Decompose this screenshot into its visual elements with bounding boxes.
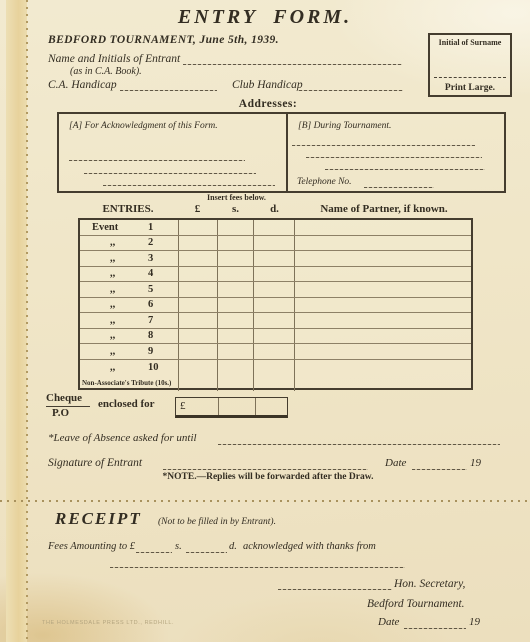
tribute-label: Non-Associate's Tribute (10s.) xyxy=(80,375,179,391)
table-row: ,,3 xyxy=(80,251,471,267)
tear-perforation-line xyxy=(0,500,530,502)
event-row-label: Event xyxy=(80,222,118,233)
fee-cell xyxy=(254,236,295,251)
table-row: ,,4 xyxy=(80,267,471,283)
event-row-number: 1 xyxy=(148,222,153,233)
partner-cell xyxy=(295,329,471,344)
partner-cell xyxy=(295,251,471,266)
address-a-label: [A] For Acknowledgment of this Form. xyxy=(69,121,218,131)
event-row-label: ,, xyxy=(80,268,115,279)
cheque-label: Cheque xyxy=(46,392,82,404)
partner-cell xyxy=(295,344,471,359)
address-a-line-3 xyxy=(103,185,275,186)
fee-cell xyxy=(218,251,255,266)
event-row-label: ,, xyxy=(80,253,115,264)
telephone-line xyxy=(364,187,434,188)
fee-cell xyxy=(254,267,295,282)
initial-box-title: Initial of Surname xyxy=(430,38,510,47)
table-row: ,,2 xyxy=(80,236,471,252)
insert-fees-note: Insert fees below. xyxy=(178,193,295,202)
event-row-number: 6 xyxy=(148,299,153,310)
fee-cell xyxy=(254,298,295,313)
receipt-date-label: Date xyxy=(378,616,399,628)
tournament-line: BEDFORD TOURNAMENT, June 5th, 1939. xyxy=(48,34,279,46)
tribute-pence-cell xyxy=(254,375,295,391)
receipt-title: RECEIPT xyxy=(55,509,142,529)
club-handicap-line xyxy=(299,90,403,91)
form-date-label: Date xyxy=(385,457,406,469)
receipt-year-prefix: 19 xyxy=(469,616,480,628)
partner-cell xyxy=(295,236,471,251)
table-row: ,,10 xyxy=(80,360,471,376)
leave-of-absence-label: *Leave of Absence asked for until xyxy=(48,432,197,444)
fee-cell xyxy=(254,282,295,297)
event-row-number: 3 xyxy=(148,253,153,264)
secretary-signature-line xyxy=(278,589,392,590)
fee-cell xyxy=(218,220,255,235)
event-row-label: ,, xyxy=(80,299,115,310)
note-line: *NOTE.—Replies will be forwarded after t… xyxy=(30,472,506,482)
event-row-number: 5 xyxy=(148,284,153,295)
fee-cell xyxy=(179,329,218,344)
telephone-label: Telephone No. xyxy=(297,177,352,187)
tribute-shillings-cell xyxy=(218,375,255,391)
ca-handicap-line xyxy=(120,90,217,91)
table-row: ,,7 xyxy=(80,313,471,329)
partner-cell xyxy=(295,267,471,282)
tribute-row: Non-Associate's Tribute (10s.) xyxy=(80,375,471,391)
receipt-date-line xyxy=(404,628,466,629)
entries-heading: ENTRIES. xyxy=(78,203,178,215)
partner-cell xyxy=(295,360,471,376)
fee-cell xyxy=(218,360,255,376)
fee-column-shillings: s. xyxy=(217,203,254,215)
addresses-box: [A] For Acknowledgment of this Form. [B]… xyxy=(57,112,506,193)
table-row: ,,6 xyxy=(80,298,471,314)
addresses-box-divider xyxy=(286,114,288,191)
fee-cell xyxy=(179,344,218,359)
address-b-line-1 xyxy=(292,145,475,146)
fee-cell xyxy=(179,236,218,251)
fee-column-pounds: £ xyxy=(178,203,217,215)
fees-shillings-line xyxy=(186,552,227,553)
partner-cell xyxy=(295,220,471,235)
acknowledged-from-line xyxy=(110,567,405,568)
signature-line xyxy=(163,469,368,470)
entry-form-page: ENTRY FORM. BEDFORD TOURNAMENT, June 5th… xyxy=(0,0,530,642)
event-row-label: ,, xyxy=(80,284,115,295)
event-row-label: ,, xyxy=(80,237,115,248)
cheque-currency-symbol: £ xyxy=(180,400,186,412)
partner-cell xyxy=(295,313,471,328)
fee-cell xyxy=(218,329,255,344)
initial-box-instruction: Print Large. xyxy=(430,83,510,93)
event-row-number: 9 xyxy=(148,346,153,357)
leave-of-absence-line xyxy=(218,444,500,445)
form-date-line xyxy=(412,469,467,470)
po-label: P.O xyxy=(52,407,69,419)
fee-cell xyxy=(254,251,295,266)
fee-cell xyxy=(218,236,255,251)
fee-cell xyxy=(218,298,255,313)
fee-cell xyxy=(179,267,218,282)
partner-heading: Name of Partner, if known. xyxy=(295,203,473,215)
fee-cell xyxy=(254,329,295,344)
address-b-label: [B] During Tournament. xyxy=(298,121,391,131)
event-row-label: ,, xyxy=(80,362,115,373)
fee-cell xyxy=(254,360,295,376)
address-b-line-2 xyxy=(306,157,482,158)
form-year-prefix: 19 xyxy=(470,457,481,469)
bedford-tournament-label: Bedford Tournament. xyxy=(367,598,465,610)
ca-handicap-label: C.A. Handicap xyxy=(48,79,117,91)
initial-box-divider xyxy=(434,77,506,78)
address-a-line-1 xyxy=(69,160,245,161)
fees-shillings-label: s. xyxy=(175,541,182,552)
event-row-number: 10 xyxy=(148,362,159,373)
fees-pence-label: d. xyxy=(229,541,237,552)
fee-cell xyxy=(218,282,255,297)
address-b-line-3 xyxy=(325,169,485,170)
fee-cell xyxy=(218,267,255,282)
event-row-label: ,, xyxy=(80,330,115,341)
addresses-heading: Addresses: xyxy=(30,98,506,110)
address-a-line-2 xyxy=(84,173,256,174)
cheque-box-divider-1 xyxy=(218,398,219,415)
hon-secretary-label: Hon. Secretary, xyxy=(394,578,465,590)
tribute-partner-cell xyxy=(295,375,471,391)
event-row-number: 2 xyxy=(148,237,153,248)
fees-pounds-line xyxy=(136,552,172,553)
fee-cell xyxy=(179,251,218,266)
fee-cell xyxy=(218,313,255,328)
event-row-label: ,, xyxy=(80,315,115,326)
fee-cell xyxy=(179,220,218,235)
event-row-number: 8 xyxy=(148,330,153,341)
event-row-number: 4 xyxy=(148,268,153,279)
table-row: Event1 xyxy=(80,220,471,236)
printer-imprint: THE HOLMESDALE PRESS LTD., REDHILL. xyxy=(42,620,174,626)
receipt-subtitle: (Not to be filled in by Entrant). xyxy=(158,517,276,527)
fees-suffix-label: acknowledged with thanks from xyxy=(243,541,376,552)
event-row-number: 7 xyxy=(148,315,153,326)
table-row: ,,9 xyxy=(80,344,471,360)
event-row-label: ,, xyxy=(80,346,115,357)
left-perforation-line xyxy=(26,0,28,642)
fee-cell xyxy=(179,313,218,328)
cheque-amount-box: £ xyxy=(175,397,288,418)
fee-column-pence: d. xyxy=(254,203,295,215)
fee-cell xyxy=(179,298,218,313)
fee-cell xyxy=(179,282,218,297)
card-left-edge xyxy=(6,0,27,642)
fees-amounting-label: Fees Amounting to £ xyxy=(48,541,135,552)
fee-cell xyxy=(254,220,295,235)
entries-rows: Event1,,2,,3,,4,,5,,6,,7,,8,,9,,10 xyxy=(80,220,471,375)
table-row: ,,8 xyxy=(80,329,471,345)
tribute-pounds-cell xyxy=(179,375,218,391)
fee-cell xyxy=(254,344,295,359)
signature-label: Signature of Entrant xyxy=(48,457,142,469)
entrant-name-sub-label: (as in C.A. Book). xyxy=(70,66,142,77)
club-handicap-label: Club Handicap xyxy=(232,79,303,91)
cheque-box-divider-2 xyxy=(255,398,256,415)
fee-cell xyxy=(179,360,218,376)
entries-table: Event1,,2,,3,,4,,5,,6,,7,,8,,9,,10 Non-A… xyxy=(78,218,473,390)
partner-cell xyxy=(295,282,471,297)
entrant-name-label: Name and Initials of Entrant xyxy=(48,53,180,65)
entrant-name-line xyxy=(183,64,402,65)
fee-cell xyxy=(254,313,295,328)
partner-cell xyxy=(295,298,471,313)
enclosed-for-label: enclosed for xyxy=(98,398,155,410)
page-title: ENTRY FORM. xyxy=(30,6,500,29)
table-row: ,,5 xyxy=(80,282,471,298)
fee-cell xyxy=(218,344,255,359)
initial-of-surname-box: Initial of Surname Print Large. xyxy=(428,33,512,97)
